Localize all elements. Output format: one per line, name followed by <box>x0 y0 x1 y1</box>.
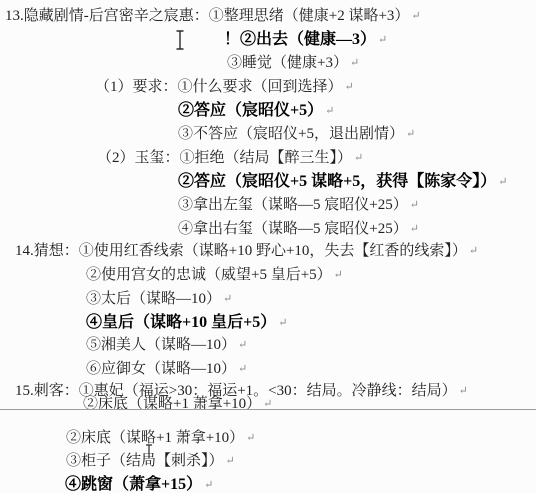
mouse-ibeam-cursor-icon <box>175 30 185 55</box>
paragraph-mark: ↵ <box>345 81 354 93</box>
doc-line-text: ②答应（宸昭仪+5） <box>178 102 323 119</box>
paragraph-mark: ↵ <box>459 385 468 397</box>
doc-line-text: ③不答应（宸昭仪+5，退出剧情） <box>178 126 404 142</box>
doc-line: ⑥应御女（谋略—10）↵ <box>86 360 247 379</box>
doc-line-text: 14.猜想：①使用红香线索（谋略+10 野心+10，失去【红香的线索】） <box>15 243 467 259</box>
doc-line-text: ⑥应御女（谋略—10） <box>86 361 236 377</box>
page-break-divider <box>0 409 536 410</box>
doc-line: ！②出去（健康—3）↵ <box>224 30 387 50</box>
doc-line: ②床底（谋略+1 萧拿+10）↵ <box>83 395 272 414</box>
doc-line: ③拿出左玺（谋略—5 宸昭仪+25）↵ <box>178 196 419 215</box>
doc-line-text: ④皇后（谋略+10 皇后+5） <box>86 314 276 331</box>
doc-line-text: ③睡觉（健康+3） <box>227 55 348 71</box>
paragraph-mark: ↵ <box>278 317 287 329</box>
doc-line-text: ④跳窗（萧拿+15） <box>65 476 202 493</box>
doc-line: 13.隐藏剧情-后宫密辛之宸惠：①整理思绪（健康+2 谋略+3）↵ <box>5 7 421 26</box>
paragraph-mark: ↵ <box>223 293 232 305</box>
doc-line-text: （1）要求：①什么要求（回到选择） <box>95 79 343 95</box>
doc-line: ⑤湘美人（谋略—10）↵ <box>86 336 247 355</box>
paragraph-mark: ↵ <box>410 199 419 211</box>
paragraph-mark: ↵ <box>238 363 247 375</box>
doc-line-text: ②答应（宸昭仪+5 谋略+5，获得【陈家令】） <box>178 173 496 190</box>
paragraph-mark: ↵ <box>350 57 359 69</box>
paragraph-mark: ↵ <box>238 339 247 351</box>
text-insertion-caret <box>145 444 153 464</box>
paragraph-mark: ↵ <box>406 128 415 140</box>
doc-line: ④皇后（谋略+10 皇后+5）↵ <box>86 313 287 333</box>
paragraph-mark: ↵ <box>334 269 343 281</box>
paragraph-mark: ↵ <box>204 479 213 491</box>
doc-line-text: ③拿出左玺（谋略—5 宸昭仪+25） <box>178 197 408 213</box>
paragraph-mark: ↵ <box>411 10 420 22</box>
paragraph-mark: ↵ <box>498 176 507 188</box>
doc-line: ③睡觉（健康+3）↵ <box>227 54 359 73</box>
doc-line-text: ②使用宫女的忠诚（威望+5 皇后+5） <box>86 267 332 283</box>
paragraph-mark: ↵ <box>325 105 334 117</box>
paragraph-mark: ↵ <box>469 245 478 257</box>
doc-line: ④拿出右玺（谋略—5 宸昭仪+25）↵ <box>178 220 419 239</box>
paragraph-mark: ↵ <box>246 432 255 444</box>
doc-line: ③太后（谋略—10）↵ <box>86 290 232 309</box>
paragraph-mark: ↵ <box>226 455 235 467</box>
doc-line-text: 13.隐藏剧情-后宫密辛之宸惠：①整理思绪（健康+2 谋略+3） <box>5 8 409 24</box>
doc-line: ②答应（宸昭仪+5 谋略+5，获得【陈家令】）↵ <box>178 172 507 192</box>
doc-line: （2）玉玺：①拒绝（结局【醉三生】）↵ <box>97 149 363 168</box>
doc-line-text: ！②出去（健康—3） <box>224 31 376 48</box>
doc-line: ②床底（谋略+1 萧拿+10）↵ <box>66 429 255 448</box>
doc-line-text: （2）玉玺：①拒绝（结局【醉三生】） <box>97 150 352 166</box>
doc-line-text: ③太后（谋略—10） <box>86 291 221 307</box>
paragraph-mark: ↵ <box>410 223 419 235</box>
doc-line-text: ⑤湘美人（谋略—10） <box>86 337 236 353</box>
doc-line: ④跳窗（萧拿+15）↵ <box>65 475 213 493</box>
doc-line-text: ④拿出右玺（谋略—5 宸昭仪+25） <box>178 221 408 237</box>
doc-line: ③不答应（宸昭仪+5，退出剧情）↵ <box>178 125 415 144</box>
doc-line: （1）要求：①什么要求（回到选择）↵ <box>95 78 354 97</box>
document-page[interactable]: 13.隐藏剧情-后宫密辛之宸惠：①整理思绪（健康+2 谋略+3）↵！②出去（健康… <box>0 0 536 493</box>
doc-line: 14.猜想：①使用红香线索（谋略+10 野心+10，失去【红香的线索】）↵ <box>15 242 478 261</box>
doc-line: ②答应（宸昭仪+5）↵ <box>178 101 334 121</box>
paragraph-mark: ↵ <box>378 34 387 46</box>
paragraph-mark: ↵ <box>354 152 363 164</box>
doc-line: ②使用宫女的忠诚（威望+5 皇后+5）↵ <box>86 266 343 285</box>
doc-line-text: ②床底（谋略+1 萧拿+10） <box>66 430 244 446</box>
